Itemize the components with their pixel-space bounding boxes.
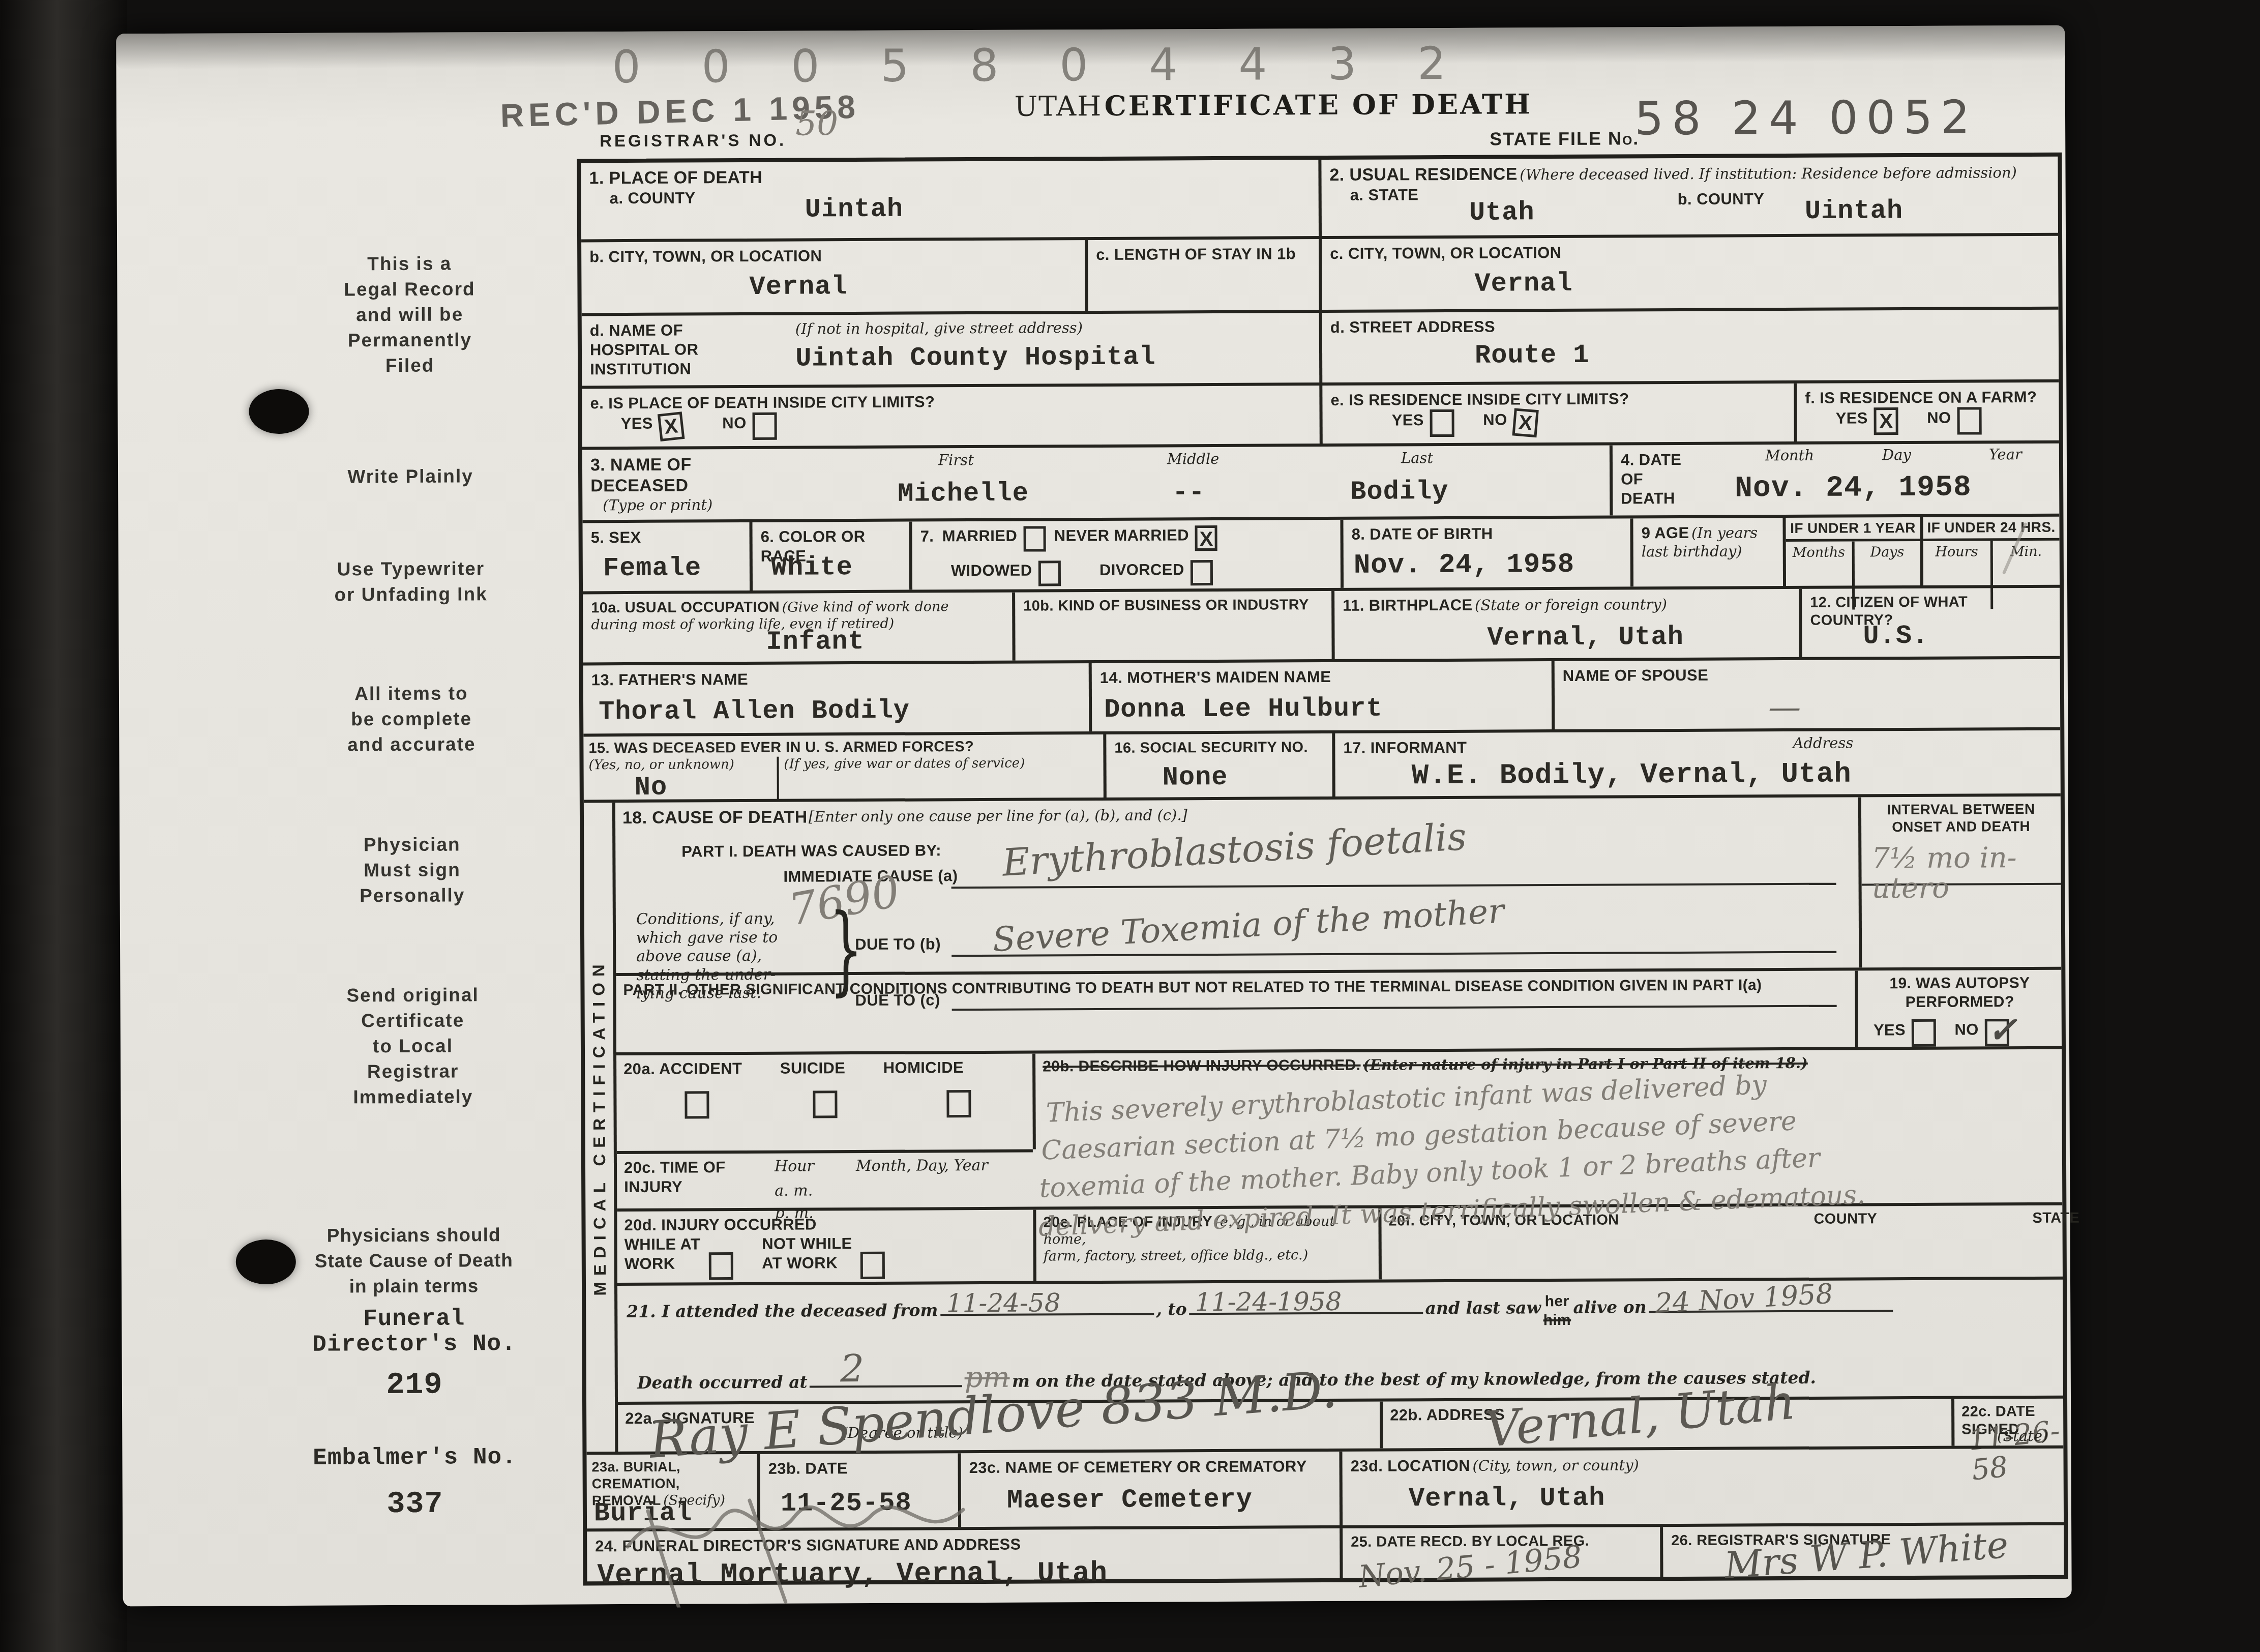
field-time-of-injury: 20c. TIME OF INJURY Hour a. m. p. m. Mon… (617, 1149, 1033, 1208)
last-alive-value: 24 Nov 1958 (1654, 1280, 1834, 1318)
informant-value: W.E. Bodily, Vernal, Utah (1412, 758, 1852, 791)
informant-label: 17. INFORMANT (1343, 739, 1467, 757)
field-burial-location: 23d. LOCATION (City, town, or county) (S… (1339, 1449, 2064, 1525)
field-date-received: 25. DATE RECD. BY LOCAL REG. Nov. 25 - 1… (1340, 1527, 1660, 1578)
year-header: Year (1989, 446, 2022, 464)
cause-b-value: Severe Toxemia of the mother (992, 893, 1505, 957)
hospital-value: Uintah County Hospital (795, 343, 1156, 373)
field-residence-farm: f. IS RESIDENCE ON A FARM? YESX NO (1794, 382, 2059, 441)
no-label: NO (1927, 409, 1951, 427)
sex-label: 5. SEX (591, 528, 641, 546)
field-informant: 17. INFORMANT Address W.E. Bodily, Verna… (1332, 730, 2061, 796)
pencil-serial-number: 0 0 0 5 8 0 4 4 3 2 (612, 37, 1469, 93)
state-file-value: 58 24 0052 (1634, 91, 1978, 145)
date-of-death-label: 4. DATE OF DEATH (1621, 450, 1682, 508)
months-label: Months (1793, 545, 1846, 560)
residence-county-value: Uintah (1805, 197, 1903, 226)
marital-num: 7. (920, 527, 934, 545)
mother-maiden-label: 14. MOTHER'S MAIDEN NAME (1100, 668, 1331, 687)
her-typed: her (1543, 1292, 1571, 1311)
attended-to-value: 11-24-1958 (1195, 1288, 1342, 1316)
attended-from-blank: 11-24-58 (940, 1290, 1154, 1316)
place-of-death-title: 1. PLACE OF DEATH (589, 168, 762, 188)
cemetery-value: Maeser Cemetery (1007, 1486, 1253, 1515)
field-burial-date: 23b. DATE 11-25-58 (757, 1453, 958, 1528)
checkbox-farm-no (1957, 407, 1982, 434)
margin-note-write-plainly: Write Plainly (248, 463, 573, 490)
funeral-director-label: 24. FUNERAL DIRECTOR'S SIGNATURE AND ADD… (595, 1536, 1021, 1555)
field-father-name: 13. FATHER'S NAME Thoral Allen Bodily (583, 663, 1089, 733)
checkbox-death-limits-yes: X (658, 411, 685, 441)
birthplace-label: 11. BIRTHPLACE (1343, 596, 1473, 614)
funeral-director-no-value: 219 (252, 1368, 577, 1403)
checkbox-death-limits-no (753, 412, 777, 440)
checkbox-residence-limits-yes (1430, 409, 1454, 437)
part1-label: PART I. DEATH WAS CAUSED BY: (681, 841, 941, 861)
checkbox-homicide (946, 1090, 971, 1117)
residence-state-value: Utah (1469, 198, 1535, 227)
date-of-birth-value: Nov. 24, 1958 (1354, 550, 1575, 581)
citizen-value: U.S. (1863, 622, 1928, 651)
field-date-of-birth: 8. DATE OF BIRTH Nov. 24, 1958 (1340, 518, 1630, 587)
field-mother-maiden-name: 14. MOTHER'S MAIDEN NAME Donna Lee Hulbu… (1089, 661, 1552, 731)
burial-location-label: 23d. LOCATION (1351, 1457, 1471, 1475)
date-of-death-value: Nov. 24, 1958 (1735, 472, 1972, 505)
state-note: (State) (1997, 1427, 2048, 1445)
cause-a-value: Erythroblastosis foetalis (1001, 817, 1468, 883)
field-armed-forces: 15. WAS DECEASED EVER IN U. S. ARMED FOR… (583, 734, 1104, 800)
cause-of-death-note: [Enter only one cause per line for (a), … (809, 806, 1187, 826)
field-autopsy: 19. WAS AUTOPSY PERFORMED? YES NO✓ (1855, 970, 2062, 1047)
no-label: NO (1954, 1020, 1978, 1038)
last-saw-label: and last saw (1425, 1297, 1541, 1318)
field-color-or-race: 6. COLOR OR RACE White (749, 522, 909, 591)
field-place-of-death-county: 1. PLACE OF DEATH a. COUNTY Uintah (581, 160, 1319, 239)
county-value: Uintah (805, 195, 903, 224)
hospital-label: d. NAME OF HOSPITAL OR INSTITUTION (590, 320, 699, 378)
cemetery-label: 23c. NAME OF CEMETERY OR CREMATORY (969, 1457, 1307, 1477)
checkbox-while-at-work (709, 1252, 733, 1280)
burial-date-value: 11-25-58 (781, 1489, 912, 1518)
certificate-title: UTAH CERTIFICATE OF DEATH (1004, 87, 1543, 123)
conditions-note: Conditions, if any, which gave rise to a… (636, 910, 778, 1004)
name-of-deceased-label: 3. NAME OF DECEASED (590, 454, 692, 497)
burial-location-note: (City, town, or county) (1472, 1456, 1639, 1474)
attended-from-value: 11-24-58 (946, 1290, 1061, 1317)
cause-of-death-title: 18. CAUSE OF DEATH (622, 807, 808, 829)
residence-city-value: Vernal (1474, 270, 1572, 299)
length-of-stay-label: c. LENGTH OF STAY IN 1b (1096, 245, 1296, 263)
days-label: Days (1870, 544, 1904, 560)
field-cemetery: 23c. NAME OF CEMETERY OR CREMATORY Maese… (958, 1452, 1340, 1527)
field-signature-address: 22b. ADDRESS Vernal, Utah (1380, 1399, 1951, 1449)
field-place-city: b. CITY, TOWN, OR LOCATION Vernal (581, 240, 1085, 313)
to-label: , to (1156, 1299, 1186, 1319)
field-sex: 5. SEX Female (582, 522, 750, 591)
death-hour-value: 2 (840, 1349, 864, 1389)
state-file-label: STATE FILE No. (1490, 128, 1639, 150)
funeral-director-value: Vernal Mortuary, Vernal, Utah (597, 1558, 1108, 1591)
embalmer-no-value: 337 (252, 1487, 578, 1522)
field-residence-city-limits: e. IS RESIDENCE INSIDE CITY LIMITS? YES … (1319, 383, 1794, 444)
certificate-paper: REC'D DEC 1 1958 0 0 0 5 8 0 4 4 3 2 REG… (116, 25, 2071, 1607)
field-injury-occurred: 20d. INJURY OCCURRED WHILE AT WORK NOT W… (617, 1209, 1033, 1283)
yes-label: YES (1392, 411, 1424, 429)
interval-label: INTERVAL BETWEEN ONSET AND DEATH (1861, 796, 2061, 836)
death-occurred-label: Death occurred at (637, 1372, 808, 1393)
checkbox-not-while-at-work (860, 1252, 885, 1279)
death-hour-blank: 2 (810, 1363, 962, 1388)
field-age: 9 AGE (In years last birthday) (1630, 518, 1783, 586)
checkbox-suicide (813, 1091, 838, 1118)
burial-location-value: Vernal, Utah (1409, 1484, 1605, 1514)
residence-city-label: c. CITY, TOWN, OR LOCATION (1330, 244, 1561, 262)
film-edge (0, 0, 127, 1652)
field-street-address: d. STREET ADDRESS Route 1 (1319, 310, 2059, 382)
field-birthplace: 11. BIRTHPLACE (State or foreign country… (1331, 589, 1799, 659)
part2-label: PART II. OTHER SIGNIFICANT CONDITIONS CO… (623, 977, 1762, 999)
occupation-value: Infant (766, 628, 864, 657)
checkbox-residence-limits-no: X (1512, 408, 1538, 437)
usual-residence-title: 2. USUAL RESIDENCE (1329, 164, 1517, 185)
field-registrar-signature: 26. REGISTRAR'S SIGNATURE Mrs W P. White (1660, 1525, 2064, 1577)
checkbox-married (1023, 526, 1046, 551)
age-label: 9 AGE (1642, 524, 1689, 542)
business-label: 10b. KIND OF BUSINESS OR INDUSTRY (1023, 597, 1309, 614)
checkbox-divorced (1191, 560, 1213, 585)
middle-name-header: Middle (1167, 450, 1220, 468)
field-if-under-24-hrs: IF UNDER 24 HRS. Hours Min. (1920, 517, 2060, 585)
homicide-label: HOMICIDE (883, 1058, 964, 1077)
field-name-of-spouse: NAME OF SPOUSE — (1552, 659, 2061, 729)
checkbox-autopsy-no: ✓ (1985, 1019, 2009, 1046)
residence-farm-label: f. IS RESIDENCE ON A FARM? (1805, 388, 2037, 407)
death-city-limits-label: e. IS PLACE OF DEATH INSIDE CITY LIMITS? (590, 393, 935, 412)
no-label: NO (722, 414, 746, 432)
while-at-work-label: WHILE AT WORK (625, 1234, 701, 1273)
armed-forces-label: 15. WAS DECEASED EVER IN U. S. ARMED FOR… (588, 739, 974, 756)
medical-certification-label: MEDICAL CERTIFICATION (589, 959, 610, 1296)
county-label: a. COUNTY (610, 189, 696, 208)
field-funeral-director: 24. FUNERAL DIRECTOR'S SIGNATURE AND ADD… (587, 1528, 1340, 1581)
field-date-of-death: 4. DATE OF DEATH Month Day Year Nov. 24,… (1610, 444, 2060, 516)
suicide-label: SUICIDE (780, 1059, 846, 1077)
father-name-label: 13. FATHER'S NAME (591, 670, 748, 689)
field-occupation: 10a. USUAL OCCUPATION (Give kind of work… (583, 593, 1013, 663)
field-usual-residence: 2. USUAL RESIDENCE (Where deceased lived… (1318, 157, 2058, 236)
field-attended: 21. I attended the deceased from 11-24-5… (617, 1277, 2063, 1402)
spouse-mark: — (1768, 691, 1801, 725)
first-name-header: First (938, 451, 974, 469)
hour-label: Hour (775, 1158, 814, 1176)
attended-pre-label: 21. I attended the deceased from (627, 1300, 938, 1321)
title-state: UTAH (1014, 90, 1102, 123)
armed-note-1: (Yes, no, or unknown) (588, 757, 734, 773)
field-marital-status: 7. MARRIED NEVER MARRIEDX WIDOWED DIVORC… (909, 520, 1341, 590)
first-name-value: Michelle (898, 480, 1029, 509)
last-name-value: Bodily (1350, 478, 1448, 507)
punch-hole-top (249, 389, 309, 434)
hours-label: Hours (1935, 544, 1978, 560)
field-hospital: d. NAME OF HOSPITAL OR INSTITUTION (If n… (582, 313, 1320, 386)
mdy-label: Month, Day, Year (856, 1157, 988, 1176)
yes-label: YES (1836, 409, 1868, 427)
death-certificate-form: 1. PLACE OF DEATH a. COUNTY Uintah 2. US… (577, 153, 2068, 1586)
yes-label: YES (621, 415, 653, 432)
checkbox-autopsy-yes (1912, 1019, 1936, 1046)
widowed-label: WIDOWED (951, 562, 1032, 580)
field-interval-onset-death: INTERVAL BETWEEN ONSET AND DEATH 7½ mo i… (1858, 796, 2061, 968)
burial-value: Burial (594, 1499, 692, 1528)
due-to-c-label: DUE TO (c) (855, 990, 940, 1010)
father-name-value: Thoral Allen Bodily (599, 697, 910, 727)
injury-county-label: COUNTY (1813, 1210, 1877, 1228)
embalmer-no-label: Embalmer's No. (252, 1444, 577, 1471)
him-struck: him (1543, 1311, 1571, 1330)
type-or-print-note: (Type or print) (603, 496, 712, 514)
checkbox-accident (685, 1091, 709, 1119)
injury-state-label: STATE (2032, 1209, 2079, 1228)
informant-address-label: Address (1793, 734, 1853, 752)
residence-state-label: a. STATE (1350, 186, 1419, 204)
middle-name-value: -- (1172, 479, 1205, 507)
margin-note-plain-terms: Physicians should State Cause of Death i… (230, 1222, 597, 1300)
margin-note-legal-record: This is a Legal Record and will be Perma… (247, 250, 573, 378)
usual-residence-note: (Where deceased lived. If institution: R… (1520, 164, 2017, 183)
burial-date-label: 23b. DATE (768, 1459, 848, 1478)
hospital-note: (If not in hospital, give street address… (795, 319, 1083, 338)
street-address-label: d. STREET ADDRESS (1330, 318, 1495, 336)
margin-note-typewriter: Use Typewriter or Unfading Ink (248, 555, 574, 608)
field-signature: 22a. SIGNATURE (Degree or title) Ray E S… (618, 1402, 1380, 1452)
field-residence-city: c. CITY, TOWN, OR LOCATION Vernal (1319, 236, 2059, 310)
field-death-city-limits: e. IS PLACE OF DEATH INSIDE CITY LIMITS?… (582, 386, 1319, 447)
margin-note-complete: All items to be complete and accurate (249, 680, 575, 758)
under-1-year-label: IF UNDER 1 YEAR (1786, 517, 1920, 542)
place-city-label: b. CITY, TOWN, OR LOCATION (589, 247, 822, 265)
funeral-director-no-label: Funeral Director's No. (251, 1306, 577, 1358)
time-of-injury-label: 20c. TIME OF INJURY (624, 1158, 726, 1196)
ssn-value: None (1163, 763, 1228, 792)
field-length-of-stay: c. LENGTH OF STAY IN 1b (1085, 239, 1319, 311)
registrar-no-label: REGISTRAR'S NO. (600, 130, 786, 152)
accident-label: 20a. ACCIDENT (623, 1059, 742, 1078)
field-injury-description: 20b. DESCRIBE HOW INJURY OCCURRED. (Ente… (1032, 1049, 2062, 1149)
married-label: MARRIED (942, 527, 1018, 545)
registrar-no-value: 50 (795, 106, 838, 141)
checkbox-never-married: X (1195, 525, 1217, 551)
cause-a-line (951, 883, 1836, 889)
residence-county-label: b. COUNTY (1678, 189, 1765, 209)
injury-label: 20b. DESCRIBE HOW INJURY OCCURRED. (1043, 1056, 1360, 1075)
armed-note-2: (If yes, give war or dates of service) (784, 756, 1025, 772)
last-name-header: Last (1401, 449, 1433, 467)
field-business-industry: 10b. KIND OF BUSINESS OR INDUSTRY (1012, 591, 1332, 661)
mother-maiden-value: Donna Lee Hulburt (1104, 695, 1383, 725)
date-of-birth-label: 8. DATE OF BIRTH (1352, 525, 1493, 543)
street-address-value: Route 1 (1475, 341, 1590, 370)
field-citizen: 12. CITIZEN OF WHAT COUNTRY? U.S. (1799, 588, 2060, 657)
no-label: NO (1483, 410, 1507, 428)
am-label: a. m. (775, 1182, 813, 1201)
title-main: CERTIFICATE OF DEATH (1105, 87, 1533, 122)
field-accident-suicide-homicide: 20a. ACCIDENT SUICIDE HOMICIDE (616, 1053, 1033, 1151)
her-him-stack: her him (1543, 1292, 1571, 1330)
due-to-b-label: DUE TO (b) (855, 934, 941, 954)
never-married-label: NEVER MARRIED (1054, 526, 1189, 544)
race-value: White (771, 553, 853, 582)
margin-note-send-original: Send original Certificate to Local Regis… (250, 982, 576, 1110)
interval-value: 7½ mo in- utero (1871, 843, 2017, 904)
birthplace-note: (State or foreign country) (1475, 596, 1667, 614)
alive-on-label: alive on (1573, 1297, 1646, 1317)
autopsy-label: 19. WAS AUTOPSY PERFORMED? (1858, 970, 2061, 1012)
field-ssn: 16. SOCIAL SECURITY NO. None (1103, 733, 1332, 798)
attended-to-blank: 11-24-1958 (1189, 1289, 1423, 1315)
field-name-of-deceased: 3. NAME OF DECEASED (Type or print) Firs… (582, 446, 1610, 520)
occupation-label: 10a. USUAL OCCUPATION (591, 599, 780, 616)
spouse-label: NAME OF SPOUSE (1563, 666, 1709, 685)
yes-label: YES (1874, 1021, 1906, 1039)
field-if-under-1-year: IF UNDER 1 YEAR Months Days (1782, 517, 1920, 586)
field-cause-of-death: 18. CAUSE OF DEATH [Enter only one cause… (615, 796, 2061, 973)
checkbox-farm-yes: X (1874, 407, 1898, 435)
month-header: Month (1765, 447, 1814, 465)
divorced-label: DIVORCED (1099, 560, 1184, 579)
medical-certification-strip: MEDICAL CERTIFICATION (584, 803, 618, 1452)
injury-occurred-label: 20d. INJURY OCCURRED (624, 1215, 817, 1234)
checkbox-widowed (1038, 560, 1060, 586)
birthplace-value: Vernal, Utah (1487, 623, 1684, 653)
sex-value: Female (603, 554, 701, 583)
ssn-label: 16. SOCIAL SECURITY NO. (1114, 739, 1308, 756)
under-24-hrs-label: IF UNDER 24 HRS. (1923, 517, 2059, 541)
margin-note-physician-sign: Physician Must sign Personally (249, 831, 575, 909)
place-city-value: Vernal (749, 273, 847, 302)
last-alive-blank: 24 Nov 1958 (1649, 1287, 1893, 1313)
armed-forces-value: No (635, 773, 668, 803)
not-while-at-work-label: NOT WHILE AT WORK (762, 1234, 852, 1273)
day-header: Day (1882, 446, 1911, 464)
residence-city-limits-label: e. IS RESIDENCE INSIDE CITY LIMITS? (1330, 390, 1629, 409)
